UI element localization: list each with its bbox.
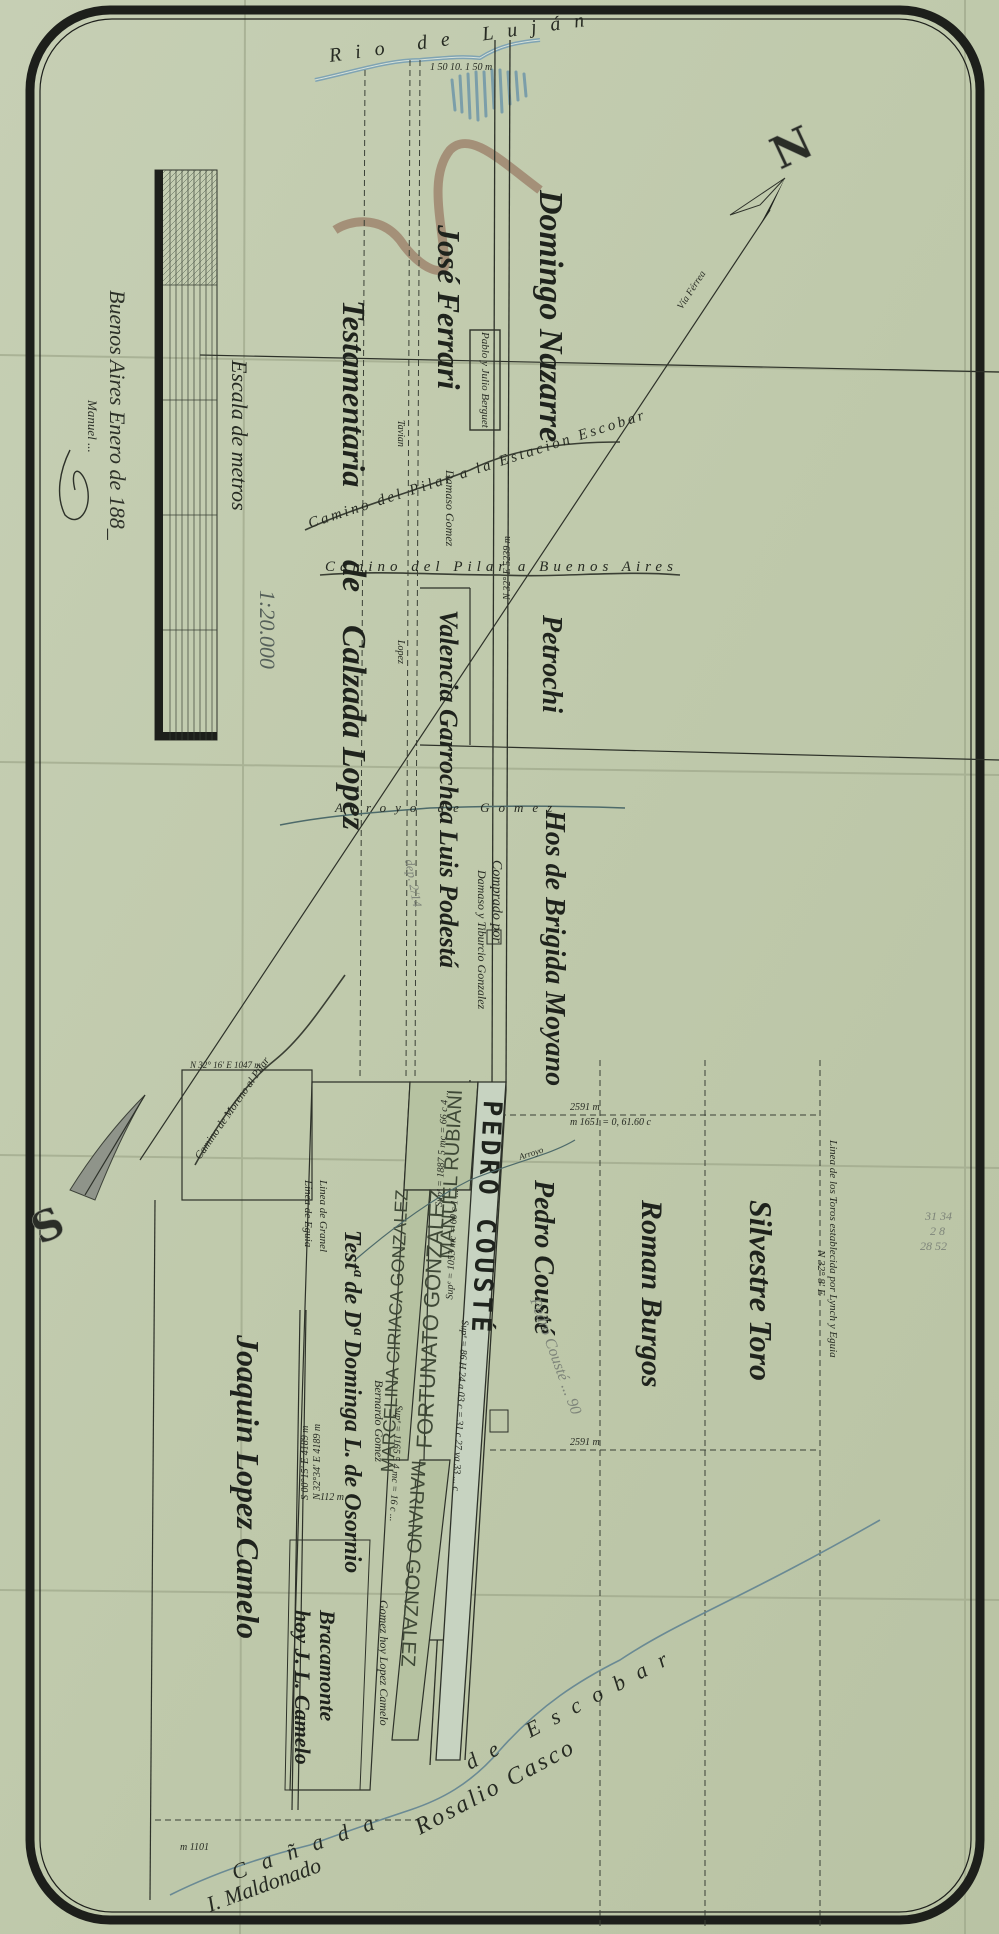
scale-ratio: 1:20.000 <box>255 590 280 669</box>
owner-testamentaria: Testamentaria <box>336 300 372 487</box>
owner-silvestre-toro: Silvestre Toro <box>743 1200 779 1381</box>
pencil-num-3: 28 52 <box>920 1239 947 1253</box>
signature-name: Manuel ... <box>85 399 100 453</box>
owner-petrochi: Petrochi <box>536 614 567 713</box>
paper-background <box>0 0 999 1934</box>
measure-112: 112 m <box>320 1492 344 1503</box>
label-linea-eguia: Linea de Eguia <box>302 1179 314 1248</box>
owner-roman-burgos: Roman Burgos <box>635 1199 668 1388</box>
owner-osornio: Testª de Dª Dominga L. de Osornio <box>339 1230 365 1573</box>
owner-calzada-lopez: Calzada Lopez <box>335 625 372 831</box>
measure-moreno: N 32° 16' E 1047 m <box>189 1060 261 1070</box>
pencil-num-2: 2 8 <box>930 1224 945 1238</box>
cadastral-map: Rio de Luján Pablo y Julio Berguet <box>0 0 999 1934</box>
measure-2591-top: 2591 m <box>570 1102 600 1113</box>
owner-brigida-moyano: Hos de Brigida Moyano <box>539 809 570 1086</box>
measure-vertical-main: N 32° E 5239 m <box>502 536 513 601</box>
owner-hoy-camelo: hoy J. L. Camelo <box>290 1610 315 1765</box>
scale-label: Escala de metros <box>227 359 252 511</box>
measure-2591-bottom: 2591 m <box>570 1437 600 1448</box>
label-linea-toros-bearing: N 32° 8' E <box>815 1249 827 1296</box>
owner-jose-ferrari: José Ferrari <box>431 224 467 390</box>
owner-damaso-gomez: Damaso Gomez <box>443 469 457 547</box>
measure-1651: m 1651 = 0, 61.60 c <box>570 1117 651 1128</box>
owner-gomez-hoy-camelo: Gomez hoy Lopez Camelo <box>377 1600 391 1726</box>
measure-bottom: m 1101 <box>180 1842 209 1853</box>
label-tavian: Tavian <box>395 420 406 447</box>
owner-pablo-julio: Pablo y Julio Berguet <box>479 331 491 429</box>
owner-bracamonte: Bracamonte <box>315 1609 340 1721</box>
owner-luis-podesta: Luis Podestá <box>434 829 463 969</box>
measure-osornio-1: N 32°34' E 4189 m <box>312 1424 323 1501</box>
label-linea-toros: Linea de los Toros establecida por Lynch… <box>827 1139 839 1358</box>
label-linea-granel: Linea de Granel <box>317 1179 329 1252</box>
owner-domingo-nazarre: Domingo Nazarre <box>532 189 569 442</box>
measure-osornio-2: S 00°15' E 4189 m <box>300 1426 311 1500</box>
owner-de: de <box>335 560 372 592</box>
owner-joaquin-lopez-camelo: Joaquin Lopez Camelo <box>230 1334 266 1639</box>
owner-bernardo-gomez: Bernardo Gomez <box>372 1380 386 1462</box>
pencil-num-1: 31 34 <box>924 1209 952 1223</box>
measure-river: 1 50 10. 1 50 m <box>430 62 492 73</box>
owner-valencia-garrochea: Valencia Garrochea <box>434 610 463 825</box>
signature-place-date: Buenos Aires Enero de 188_ <box>105 290 130 541</box>
label-comprado-por: Comprado por <box>489 860 504 943</box>
label-lopez: Lopez <box>395 639 406 664</box>
